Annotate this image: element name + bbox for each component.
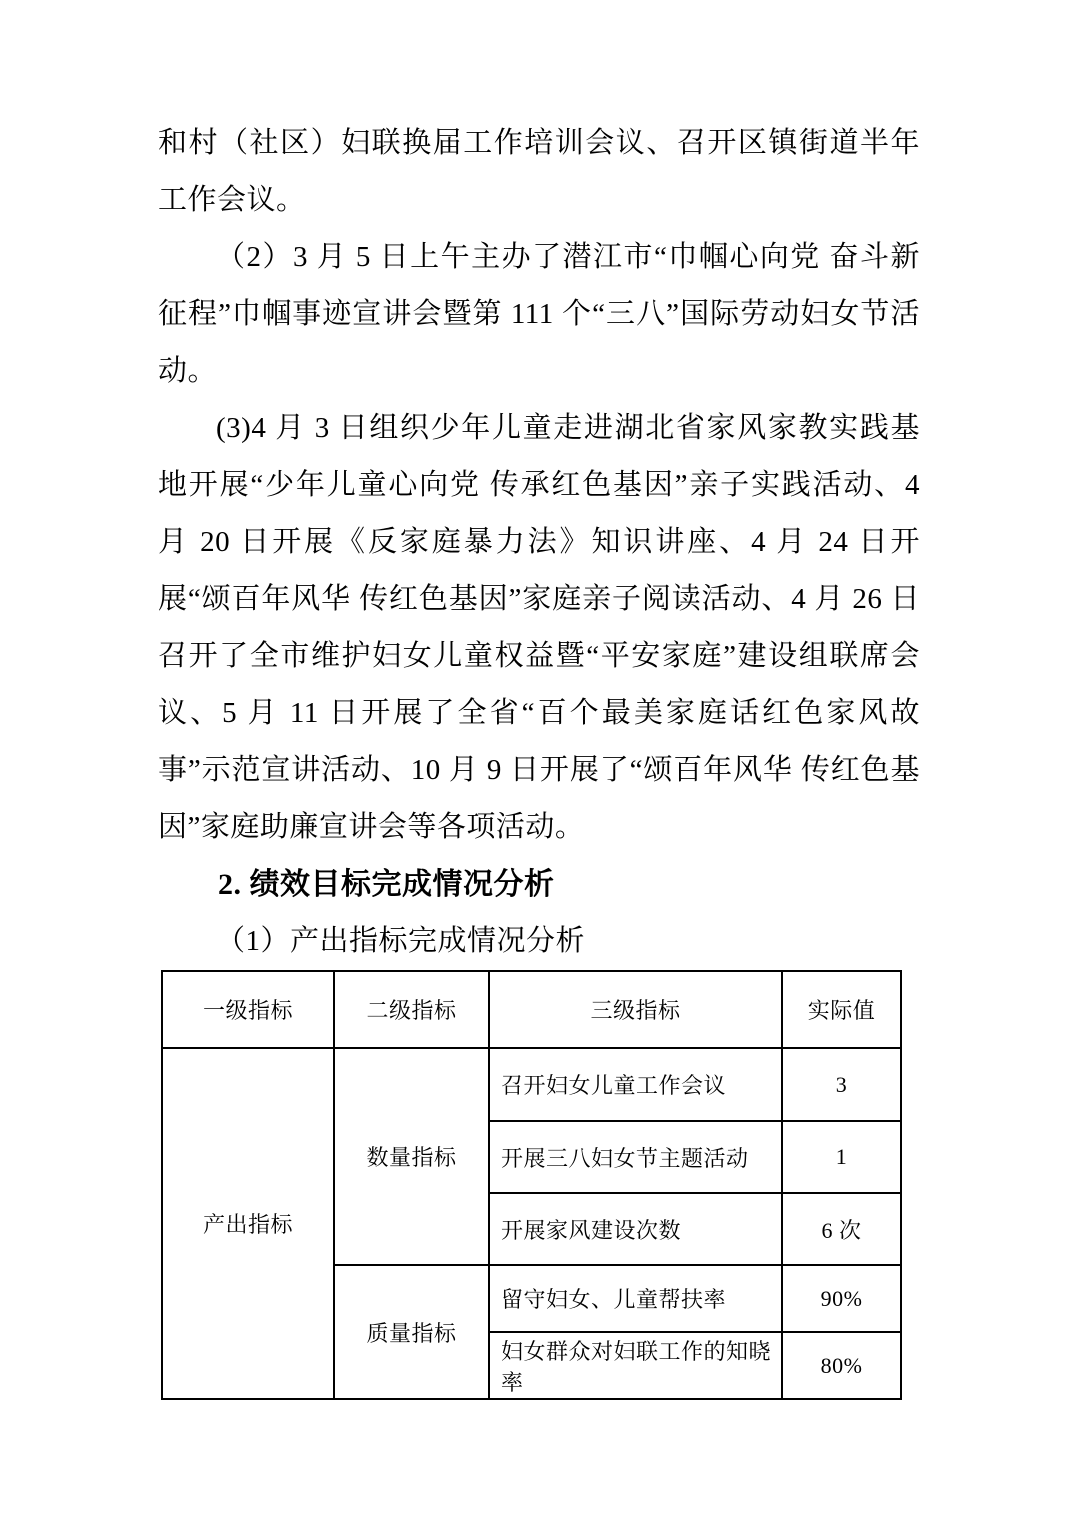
col-header-level3: 三级指标 bbox=[489, 971, 782, 1048]
subsection-heading: （1）产出指标完成情况分析 bbox=[158, 913, 920, 970]
level2-quantity-cell: 数量指标 bbox=[334, 1048, 489, 1265]
indicator-cell: 妇女群众对妇联工作的知晓率 bbox=[489, 1332, 782, 1399]
value-cell: 90% bbox=[782, 1265, 901, 1332]
document-content: 和村（社区）妇联换届工作培训会议、召开区镇街道半年工作会议。 （2）3 月 5 … bbox=[158, 115, 920, 1400]
value-cell: 80% bbox=[782, 1332, 901, 1399]
paragraph-item-3: (3)4 月 3 日组织少年儿童走进湖北省家风家教实践基地开展“少年儿童心向党 … bbox=[158, 400, 920, 856]
table-header-row: 一级指标 二级指标 三级指标 实际值 bbox=[162, 971, 901, 1048]
indicator-cell: 开展家风建设次数 bbox=[489, 1193, 782, 1265]
paragraph-continuation: 和村（社区）妇联换届工作培训会议、召开区镇街道半年工作会议。 bbox=[158, 115, 920, 229]
value-cell: 6 次 bbox=[782, 1193, 901, 1265]
col-header-level2: 二级指标 bbox=[334, 971, 489, 1048]
paragraph-item-2: （2）3 月 5 日上午主办了潜江市“巾帼心向党 奋斗新征程”巾帼事迹宣讲会暨第… bbox=[158, 229, 920, 400]
col-header-level1: 一级指标 bbox=[162, 971, 334, 1048]
document-page: 和村（社区）妇联换届工作培训会议、召开区镇街道半年工作会议。 （2）3 月 5 … bbox=[0, 0, 1074, 1520]
col-header-actual-value: 实际值 bbox=[782, 971, 901, 1048]
value-cell: 1 bbox=[782, 1121, 901, 1193]
table-row: 产出指标 数量指标 召开妇女儿童工作会议 3 bbox=[162, 1048, 901, 1121]
section-heading: 2. 绩效目标完成情况分析 bbox=[158, 856, 920, 913]
indicator-cell: 留守妇女、儿童帮扶率 bbox=[489, 1265, 782, 1332]
level1-cell: 产出指标 bbox=[162, 1048, 334, 1399]
level2-quality-cell: 质量指标 bbox=[334, 1265, 489, 1399]
value-cell: 3 bbox=[782, 1048, 901, 1121]
output-indicator-table: 一级指标 二级指标 三级指标 实际值 产出指标 数量指标 召开妇女儿童工作会议 … bbox=[161, 970, 902, 1400]
indicator-cell: 召开妇女儿童工作会议 bbox=[489, 1048, 782, 1121]
indicator-cell: 开展三八妇女节主题活动 bbox=[489, 1121, 782, 1193]
